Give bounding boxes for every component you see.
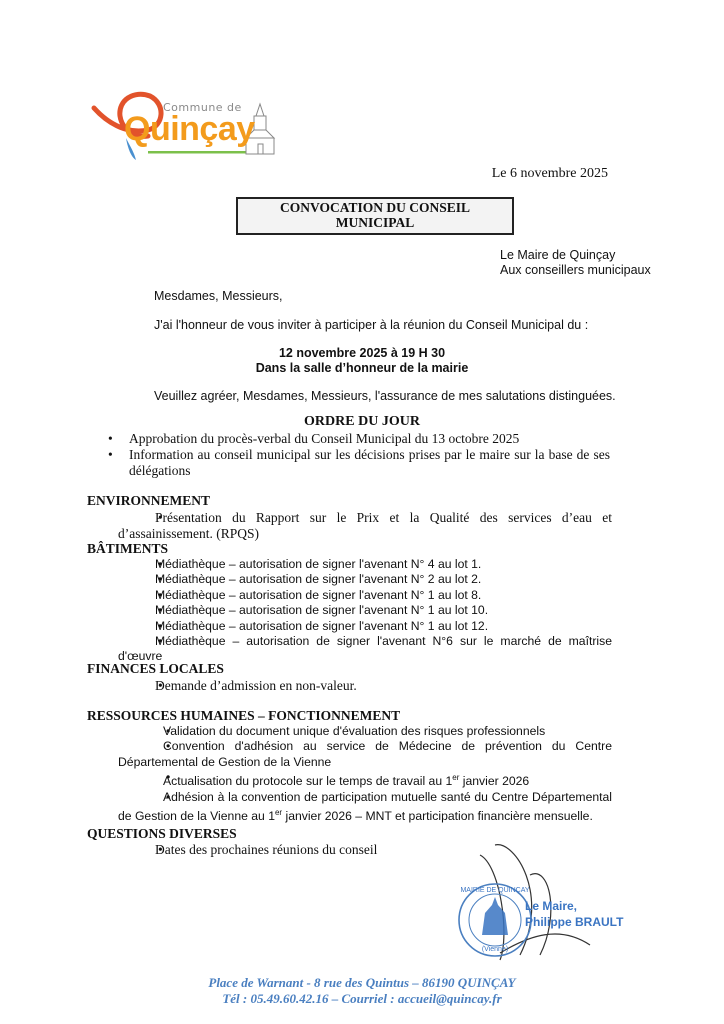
section-heading-finances: FINANCES LOCALES [87, 661, 224, 677]
list-item: Actualisation du protocole sur le temps … [100, 770, 612, 789]
section-list-batiments: Médiathèque – autorisation de signer l'a… [100, 557, 612, 665]
closing-formula: Veuillez agréer, Mesdames, Messieurs, l'… [154, 389, 616, 403]
signatory-name: Philippe BRAULT [525, 914, 623, 930]
stamp-text-bottom: (Vienne) [482, 946, 508, 953]
list-item: Adhésion à la convention de participatio… [100, 790, 612, 825]
list-item: Validation du document unique d'évaluati… [100, 724, 612, 739]
logo-wordmark: Quinçay [124, 110, 255, 149]
list-item: Médiathèque – autorisation de signer l'a… [100, 557, 612, 572]
signatory-role: Le Maire, [525, 898, 623, 914]
footer-address: Place de Warnant - 8 rue des Quintus – 8… [0, 975, 724, 991]
sender: Le Maire de Quinçay [500, 248, 651, 263]
recipients: Aux conseillers municipaux [500, 263, 651, 278]
list-item: Médiathèque – autorisation de signer l'a… [100, 619, 612, 634]
section-heading-environnement: ENVIRONNEMENT [87, 493, 210, 509]
list-item: Présentation du Rapport sur le Prix et l… [100, 510, 612, 542]
meeting-place: Dans la salle d’honneur de la mairie [0, 361, 724, 376]
list-item: Information au conseil municipal sur les… [100, 447, 610, 479]
stamp-text-top: MAIRIE DE QUINÇAY [460, 887, 529, 894]
list-item: Demande d’admission en non-valeur. [100, 678, 612, 694]
salutation: Mesdames, Messieurs, [154, 289, 283, 303]
list-item: Médiathèque – autorisation de signer l'a… [100, 572, 612, 587]
title-line-1: CONVOCATION DU CONSEIL [238, 200, 512, 215]
title-line-2: MUNICIPAL [238, 215, 512, 230]
signature-block: Le Maire, Philippe BRAULT [525, 898, 623, 930]
invitation-text: J'ai l'honneur de vous inviter à partici… [154, 318, 588, 332]
agenda-title: ORDRE DU JOUR [0, 414, 724, 430]
footer-contact: Tél : 05.49.60.42.16 – Courriel : accuei… [0, 991, 724, 1007]
meeting-date: 12 novembre 2025 à 19 H 30 [0, 346, 724, 361]
section-list-environnement: Présentation du Rapport sur le Prix et l… [100, 510, 612, 542]
agenda-general-list: Approbation du procès-verbal du Conseil … [100, 431, 610, 479]
section-heading-batiments: BÂTIMENTS [87, 541, 168, 557]
section-heading-questions: QUESTIONS DIVERSES [87, 826, 237, 842]
list-item: Convention d'adhésion au service de Méde… [100, 739, 612, 770]
section-list-rh: Validation du document unique d'évaluati… [100, 724, 612, 825]
section-list-finances: Demande d’admission en non-valeur. [100, 678, 612, 694]
list-item: Approbation du procès-verbal du Conseil … [100, 431, 610, 447]
section-heading-rh: RESSOURCES HUMAINES – FONCTIONNEMENT [87, 708, 400, 724]
document-title: CONVOCATION DU CONSEIL MUNICIPAL [236, 197, 514, 235]
list-item: Médiathèque – autorisation de signer l'a… [100, 588, 612, 603]
letter-date: Le 6 novembre 2025 [492, 166, 608, 182]
list-item: Médiathèque – autorisation de signer l'a… [100, 603, 612, 618]
recipient-block: Le Maire de Quinçay Aux conseillers muni… [500, 248, 651, 278]
commune-logo: Commune de Quinçay [90, 86, 280, 164]
